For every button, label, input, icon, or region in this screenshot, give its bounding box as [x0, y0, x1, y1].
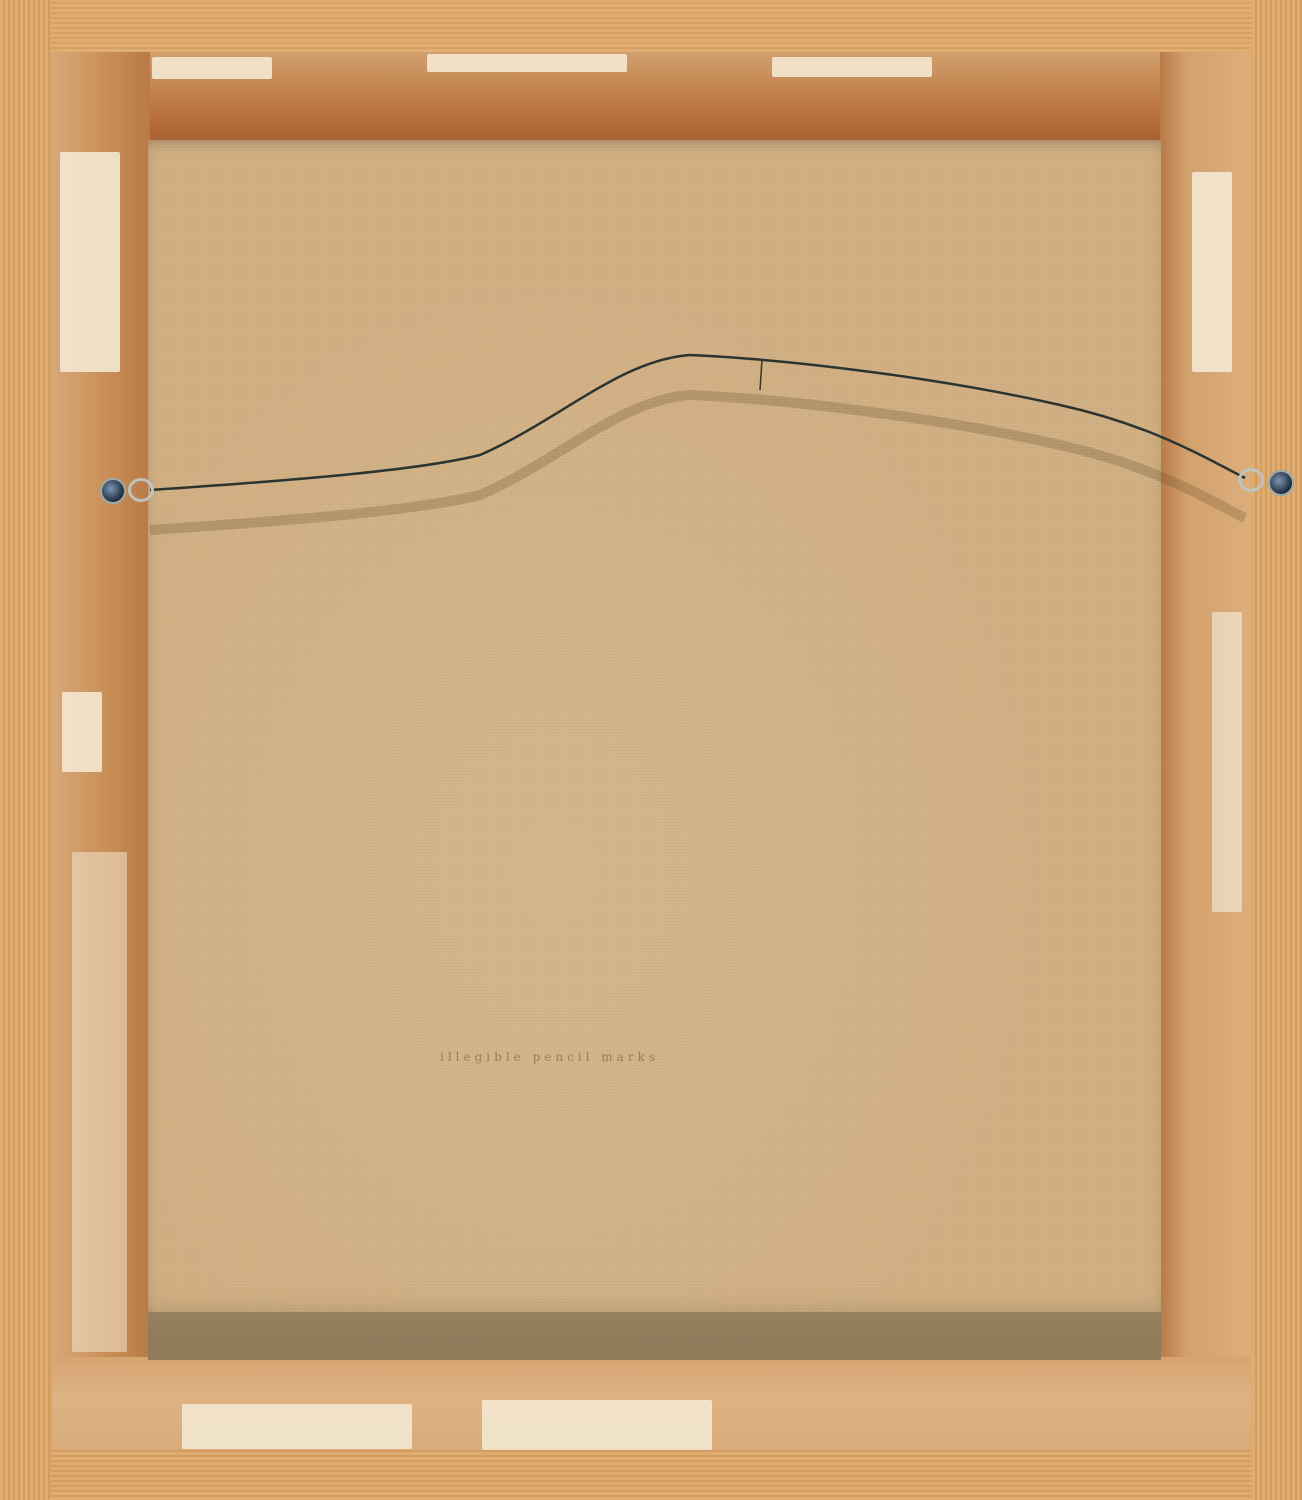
d-ring-left [128, 478, 154, 502]
hanging-wire [0, 0, 1302, 1500]
screw-right-icon [1268, 470, 1294, 496]
d-ring-right [1238, 468, 1264, 492]
screw-left-icon [100, 478, 126, 504]
